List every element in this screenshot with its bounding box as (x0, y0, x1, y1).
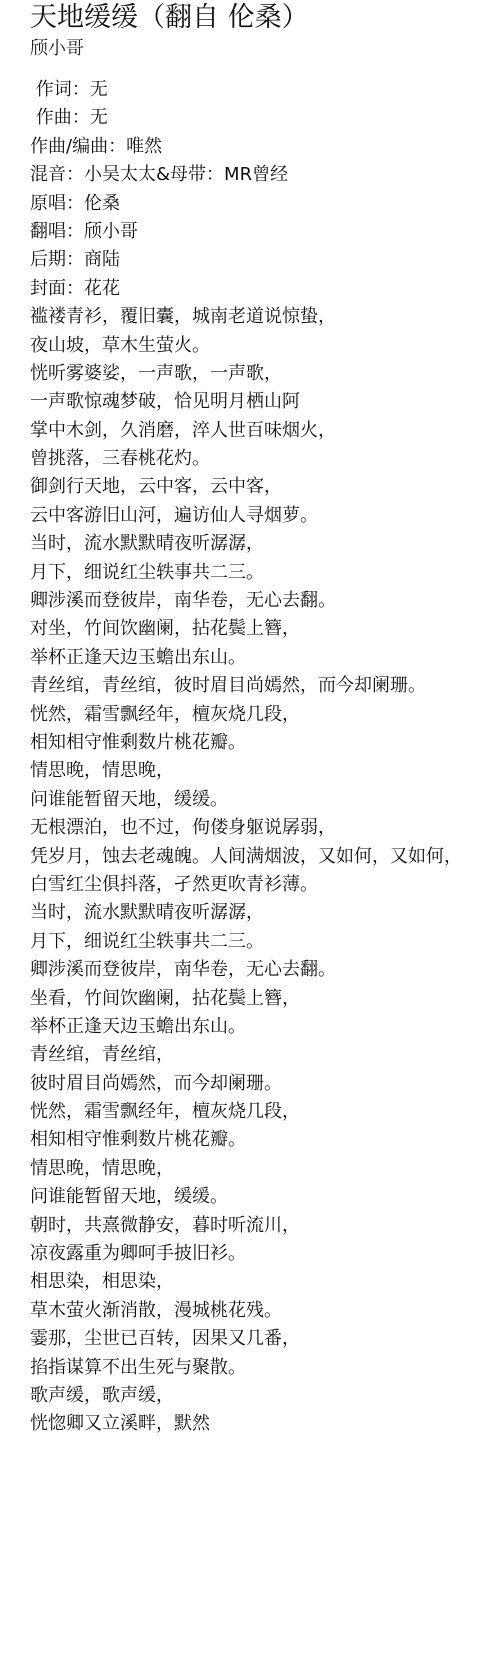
lyric-line: 坐看，竹间饮幽阑，拈花鬓上簪， (30, 985, 500, 1013)
lyric-line: 曾挑落，三春桃花灼。 (30, 445, 500, 473)
lyric-line: 卿涉溪而登彼岸，南华卷，无心去翻。 (30, 587, 500, 615)
lyric-line: 草木萤火渐消散，漫城桃花残。 (30, 1297, 500, 1325)
lyric-line: 月下，细说红尘轶事共二三。 (30, 928, 500, 956)
credit-line: 混音：小吴太太&母带：MR曾经 (30, 161, 500, 189)
lyric-line: 举杯正逢天边玉蟾出东山。 (30, 644, 500, 672)
lyric-line: 举杯正逢天边玉蟾出东山。 (30, 1013, 500, 1041)
lyric-line: 月下，细说红尘轶事共二三。 (30, 559, 500, 587)
artist-name: 颀小哥 (30, 36, 500, 62)
lyric-line: 无根漂泊，也不过，佝偻身躯说孱弱， (30, 814, 500, 842)
lyric-line: 恍然，霜雪飘经年，檀灰烧几段， (30, 1098, 500, 1126)
lyric-line: 问谁能暂留天地，缓缓。 (30, 1183, 500, 1211)
lyric-line: 相思染，相思染， (30, 1268, 500, 1296)
lyric-line: 霎那，尘世已百转，因果又几番， (30, 1325, 500, 1353)
lyric-line: 卿涉溪而登彼岸，南华卷，无心去翻。 (30, 956, 500, 984)
lyric-line: 凭岁月，蚀去老魂魄。人间满烟波，又如何，又如何， (30, 843, 500, 871)
lyric-line: 问谁能暂留天地，缓缓。 (30, 786, 500, 814)
lyric-line: 当时，流水默默晴夜听潺潺， (30, 530, 500, 558)
lyric-line: 褴褛青衫，覆旧囊，城南老道说惊蛰， (30, 303, 500, 331)
lyric-line: 掐指谋算不出生死与聚散。 (30, 1354, 500, 1382)
lyric-line: 云中客游旧山河，遍访仙人寻烟萝。 (30, 502, 500, 530)
lyric-line: 情思晚，情思晚， (30, 1155, 500, 1183)
credit-line: 作曲：无 (30, 104, 500, 132)
credit-line: 封面：花花 (30, 275, 500, 303)
credit-line: 翻唱：颀小哥 (30, 218, 500, 246)
lyric-line: 一声歌惊魂梦破，恰见明月栖山阿 (30, 388, 500, 416)
lyric-line: 对坐，竹间饮幽阑，拈花鬓上簪， (30, 615, 500, 643)
lyric-line: 掌中木剑，久消磨，淬人世百味烟火， (30, 417, 500, 445)
lyric-line: 相知相守惟剩数片桃花瓣。 (30, 1126, 500, 1154)
lyric-line: 恍然，霜雪飘经年，檀灰烧几段， (30, 701, 500, 729)
credit-line: 作词：无 (30, 76, 500, 104)
credit-line: 后期：商陆 (30, 246, 500, 274)
lyric-line: 恍惚卿又立溪畔，默然 (30, 1410, 500, 1438)
lyric-line: 相知相守惟剩数片桃花瓣。 (30, 729, 500, 757)
song-title: 天地缓缓（翻自 伦桑） (30, 0, 500, 36)
lyric-line: 青丝绾，青丝绾，彼时眉目尚嫣然，而今却阑珊。 (30, 672, 500, 700)
credit-line: 原唱：伦桑 (30, 190, 500, 218)
lyric-line: 当时，流水默默晴夜听潺潺， (30, 899, 500, 927)
lyric-line: 恍听雾婆娑，一声歌，一声歌， (30, 360, 500, 388)
lyric-line: 彼时眉目尚嫣然，而今却阑珊。 (30, 1070, 500, 1098)
lyric-line: 凉夜露重为卿呵手披旧衫。 (30, 1240, 500, 1268)
lyrics-body: 作词：无 作曲：无 作曲/编曲：唯然 混音：小吴太太&母带：MR曾经 原唱：伦桑… (30, 76, 500, 1439)
lyrics-page: 天地缓缓（翻自 伦桑） 颀小哥 作词：无 作曲：无 作曲/编曲：唯然 混音：小吴… (30, 0, 500, 1439)
lyric-line: 夜山坡，草木生萤火。 (30, 332, 500, 360)
lyric-line: 白雪红尘俱抖落，孑然更吹青衫薄。 (30, 871, 500, 899)
lyric-line: 青丝绾，青丝绾， (30, 1041, 500, 1069)
lyric-line: 御剑行天地，云中客，云中客， (30, 473, 500, 501)
lyric-line: 歌声缓，歌声缓， (30, 1382, 500, 1410)
credit-line: 作曲/编曲：唯然 (30, 133, 500, 161)
lyric-line: 情思晚，情思晚， (30, 757, 500, 785)
lyric-line: 朝时，共熹微静安，暮时听流川， (30, 1212, 500, 1240)
